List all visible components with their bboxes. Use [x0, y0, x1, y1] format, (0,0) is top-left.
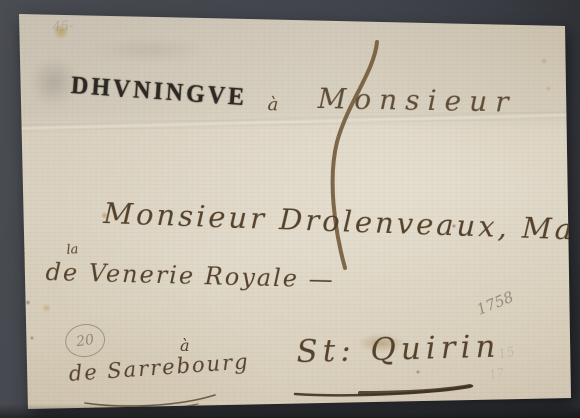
- address-line-monsieur: Monsieur: [317, 82, 516, 118]
- pencil-year-note: 1758: [474, 288, 516, 319]
- sarrebourg-underline: [85, 395, 215, 406]
- st-quirin-underline: [295, 386, 472, 395]
- pencil-topleft-note: 45-: [52, 19, 74, 35]
- address-line-name: Monsieur Drolenveaux, Maître: [103, 196, 580, 249]
- ink-speck: [26, 300, 30, 305]
- edge-micro-inscription: [22, 248, 25, 294]
- handwritten-a-destination: à: [180, 336, 190, 355]
- pencil-circled-number: 20: [63, 321, 107, 359]
- destination-line-st-quirin: St: Quirin: [296, 329, 501, 370]
- foxing-stain: [546, 86, 551, 91]
- foxing-stain: [42, 304, 51, 312]
- linear-postmark: DHVNINGVE: [70, 72, 248, 112]
- pencil-faint-note-1: 15: [497, 345, 516, 363]
- photo-backdrop: DHVNINGVE à Monsieur Monsieur Drolenveau…: [0, 0, 580, 418]
- st-quirin-underline-thick: [360, 386, 470, 393]
- origin-line-sarrebourg: de Sarrebourg: [68, 349, 250, 386]
- ink-speck: [416, 370, 420, 374]
- ghost-smudge: [92, 38, 207, 62]
- letter-sheet: DHVNINGVE à Monsieur Monsieur Drolenveau…: [0, 0, 580, 418]
- address-line-title: de Venerie Royale —: [45, 258, 335, 294]
- pencil-circled-number-value: 20: [75, 331, 95, 349]
- handwritten-a-salutation: à: [267, 94, 278, 115]
- sarrebourg-underline-2: [95, 404, 198, 410]
- letter-shadow-wrapper: DHVNINGVE à Monsieur Monsieur Drolenveau…: [0, 0, 580, 418]
- inserted-word-la: la: [66, 242, 79, 258]
- ink-speck: [30, 336, 34, 340]
- foxing-stain: [541, 58, 547, 64]
- pencil-faint-note-2: 17: [488, 365, 505, 381]
